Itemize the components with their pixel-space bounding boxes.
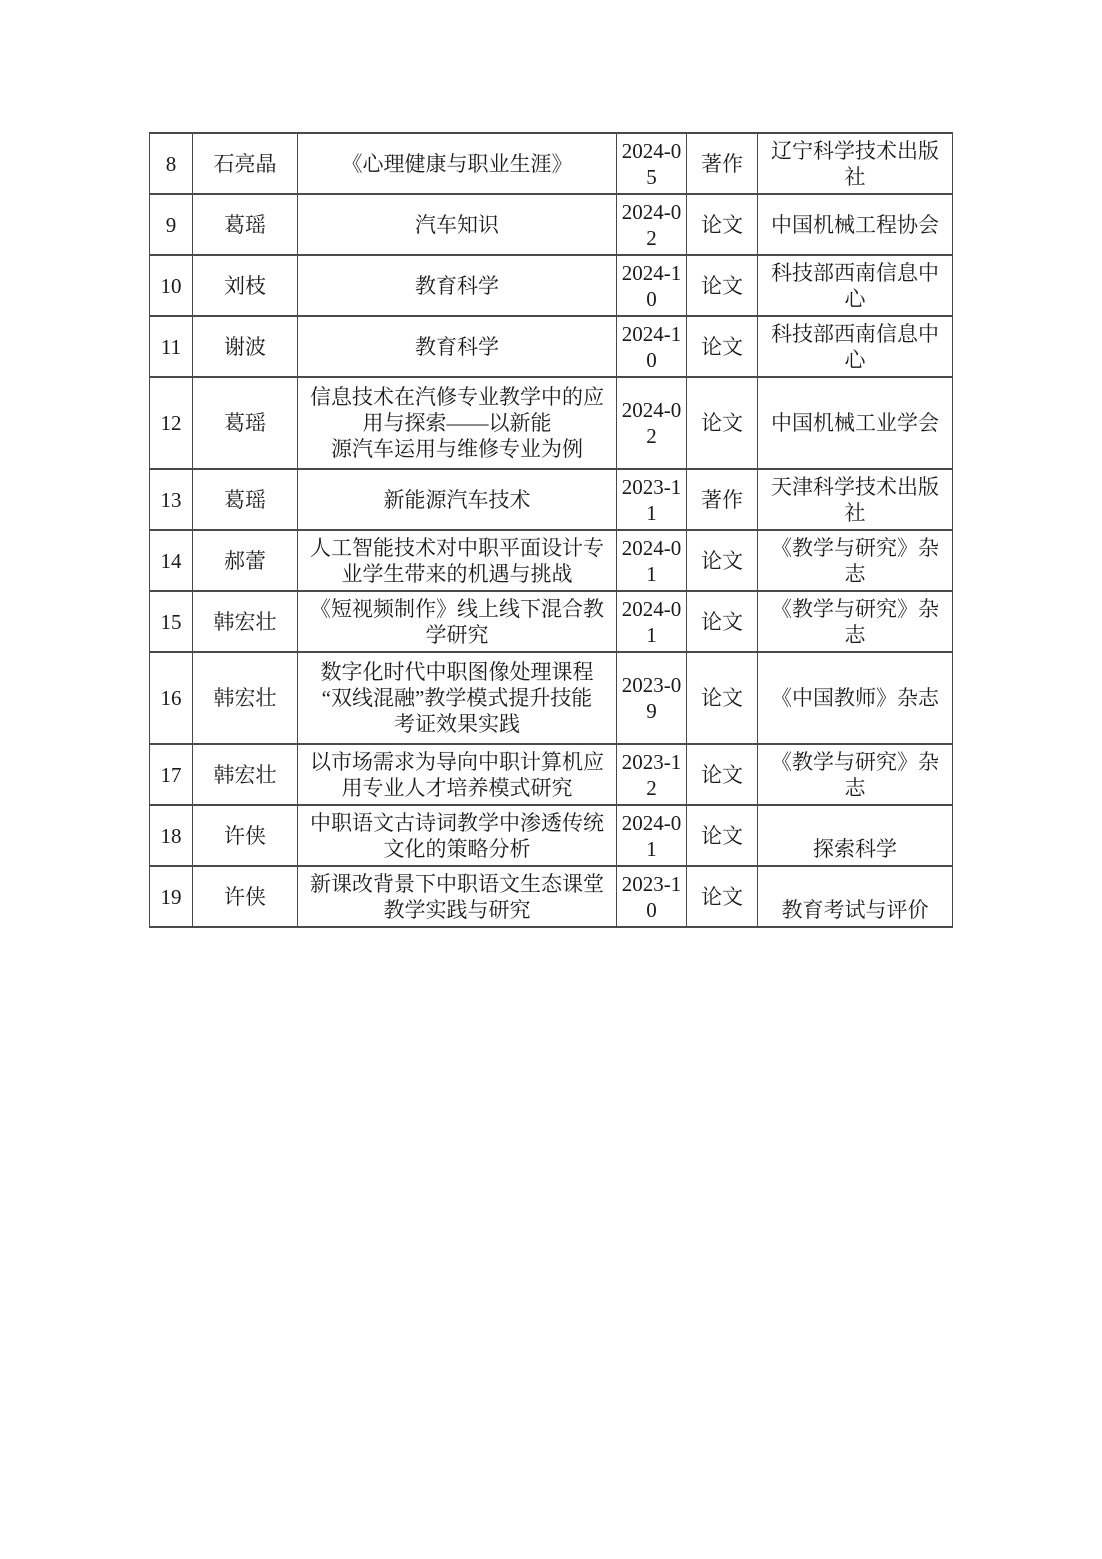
- publisher-cell: 科技部西南信息中 心: [758, 255, 953, 316]
- work-type-cell: 著作: [687, 469, 758, 530]
- work-title-cell: 以市场需求为导向中职计算机应 用专业人才培养模式研究: [298, 744, 617, 805]
- work-type-cell: 论文: [687, 744, 758, 805]
- publisher-cell: 科技部西南信息中 心: [758, 316, 953, 377]
- author-name-cell: 韩宏壮: [193, 652, 298, 744]
- publish-date-cell: 2024-1 0: [617, 255, 687, 316]
- work-title-cell: 汽车知识: [298, 194, 617, 255]
- work-title-cell: 数字化时代中职图像处理课程 “双线混融”教学模式提升技能 考证效果实践: [298, 652, 617, 744]
- publish-date-cell: 2024-0 1: [617, 805, 687, 866]
- work-title-cell: 新课改背景下中职语文生态课堂 教学实践与研究: [298, 866, 617, 927]
- row-number-cell: 19: [150, 866, 193, 927]
- publisher-cell: 探索科学: [758, 805, 953, 866]
- publisher-cell: 教育考试与评价: [758, 866, 953, 927]
- row-number-cell: 18: [150, 805, 193, 866]
- table-row: 10 刘枝 教育科学 2024-1 0 论文 科技部西南信息中 心: [150, 255, 953, 316]
- work-type-cell: 论文: [687, 316, 758, 377]
- work-type-cell: 论文: [687, 591, 758, 652]
- work-title-cell: 新能源汽车技术: [298, 469, 617, 530]
- table-row: 17 韩宏壮 以市场需求为导向中职计算机应 用专业人才培养模式研究 2023-1…: [150, 744, 953, 805]
- publish-date-cell: 2023-1 0: [617, 866, 687, 927]
- publish-date-cell: 2024-0 5: [617, 133, 687, 194]
- publish-date-cell: 2024-0 2: [617, 377, 687, 469]
- row-number-cell: 15: [150, 591, 193, 652]
- work-type-cell: 论文: [687, 866, 758, 927]
- table-row: 13 葛瑶 新能源汽车技术 2023-1 1 著作 天津科学技术出版 社: [150, 469, 953, 530]
- publish-date-cell: 2024-1 0: [617, 316, 687, 377]
- row-number-cell: 11: [150, 316, 193, 377]
- publisher-cell: 辽宁科学技术出版 社: [758, 133, 953, 194]
- work-title-cell: 教育科学: [298, 255, 617, 316]
- work-title-cell: 信息技术在汽修专业教学中的应 用与探索——以新能 源汽车运用与维修专业为例: [298, 377, 617, 469]
- author-name-cell: 谢波: [193, 316, 298, 377]
- table-row: 8 石亮晶 《心理健康与职业生涯》 2024-0 5 著作 辽宁科学技术出版 社: [150, 133, 953, 194]
- work-type-cell: 论文: [687, 194, 758, 255]
- author-name-cell: 石亮晶: [193, 133, 298, 194]
- publisher-cell: 天津科学技术出版 社: [758, 469, 953, 530]
- publish-date-cell: 2023-0 9: [617, 652, 687, 744]
- publish-date-cell: 2024-0 1: [617, 591, 687, 652]
- work-type-cell: 论文: [687, 377, 758, 469]
- work-title-cell: 中职语文古诗词教学中渗透传统 文化的策略分析: [298, 805, 617, 866]
- author-name-cell: 郝蕾: [193, 530, 298, 591]
- row-number-cell: 16: [150, 652, 193, 744]
- table-row: 12 葛瑶 信息技术在汽修专业教学中的应 用与探索——以新能 源汽车运用与维修专…: [150, 377, 953, 469]
- publisher-cell: 《教学与研究》杂志: [758, 530, 953, 591]
- publisher-cell: 《教学与研究》杂志: [758, 744, 953, 805]
- author-name-cell: 韩宏壮: [193, 591, 298, 652]
- publisher-cell: 《中国教师》杂志: [758, 652, 953, 744]
- row-number-cell: 12: [150, 377, 193, 469]
- author-name-cell: 葛瑶: [193, 194, 298, 255]
- publish-date-cell: 2023-1 1: [617, 469, 687, 530]
- author-name-cell: 许侠: [193, 805, 298, 866]
- work-title-cell: 人工智能技术对中职平面设计专 业学生带来的机遇与挑战: [298, 530, 617, 591]
- work-title-cell: 教育科学: [298, 316, 617, 377]
- author-name-cell: 许侠: [193, 866, 298, 927]
- row-number-cell: 13: [150, 469, 193, 530]
- publisher-cell: 《教学与研究》杂志: [758, 591, 953, 652]
- work-type-cell: 著作: [687, 133, 758, 194]
- publisher-cell: 中国机械工程协会: [758, 194, 953, 255]
- author-name-cell: 刘枝: [193, 255, 298, 316]
- work-type-cell: 论文: [687, 652, 758, 744]
- table-row: 14 郝蕾 人工智能技术对中职平面设计专 业学生带来的机遇与挑战 2024-0 …: [150, 530, 953, 591]
- publisher-cell: 中国机械工业学会: [758, 377, 953, 469]
- row-number-cell: 9: [150, 194, 193, 255]
- row-number-cell: 8: [150, 133, 193, 194]
- document-page: 8 石亮晶 《心理健康与职业生涯》 2024-0 5 著作 辽宁科学技术出版 社…: [0, 0, 1102, 1559]
- publications-table: 8 石亮晶 《心理健康与职业生涯》 2024-0 5 著作 辽宁科学技术出版 社…: [149, 132, 953, 928]
- row-number-cell: 14: [150, 530, 193, 591]
- work-type-cell: 论文: [687, 530, 758, 591]
- table-body: 8 石亮晶 《心理健康与职业生涯》 2024-0 5 著作 辽宁科学技术出版 社…: [150, 133, 953, 927]
- row-number-cell: 17: [150, 744, 193, 805]
- table-row: 16 韩宏壮 数字化时代中职图像处理课程 “双线混融”教学模式提升技能 考证效果…: [150, 652, 953, 744]
- row-number-cell: 10: [150, 255, 193, 316]
- table-row: 11 谢波 教育科学 2024-1 0 论文 科技部西南信息中 心: [150, 316, 953, 377]
- work-type-cell: 论文: [687, 805, 758, 866]
- publish-date-cell: 2024-0 2: [617, 194, 687, 255]
- author-name-cell: 葛瑶: [193, 469, 298, 530]
- publish-date-cell: 2024-0 1: [617, 530, 687, 591]
- work-title-cell: 《短视频制作》线上线下混合教 学研究: [298, 591, 617, 652]
- work-title-cell: 《心理健康与职业生涯》: [298, 133, 617, 194]
- table-row: 15 韩宏壮 《短视频制作》线上线下混合教 学研究 2024-0 1 论文 《教…: [150, 591, 953, 652]
- table-row: 18 许侠 中职语文古诗词教学中渗透传统 文化的策略分析 2024-0 1 论文…: [150, 805, 953, 866]
- table-row: 9 葛瑶 汽车知识 2024-0 2 论文 中国机械工程协会: [150, 194, 953, 255]
- author-name-cell: 葛瑶: [193, 377, 298, 469]
- table-row: 19 许侠 新课改背景下中职语文生态课堂 教学实践与研究 2023-1 0 论文…: [150, 866, 953, 927]
- author-name-cell: 韩宏壮: [193, 744, 298, 805]
- publish-date-cell: 2023-1 2: [617, 744, 687, 805]
- work-type-cell: 论文: [687, 255, 758, 316]
- publications-table-container: 8 石亮晶 《心理健康与职业生涯》 2024-0 5 著作 辽宁科学技术出版 社…: [149, 132, 953, 928]
